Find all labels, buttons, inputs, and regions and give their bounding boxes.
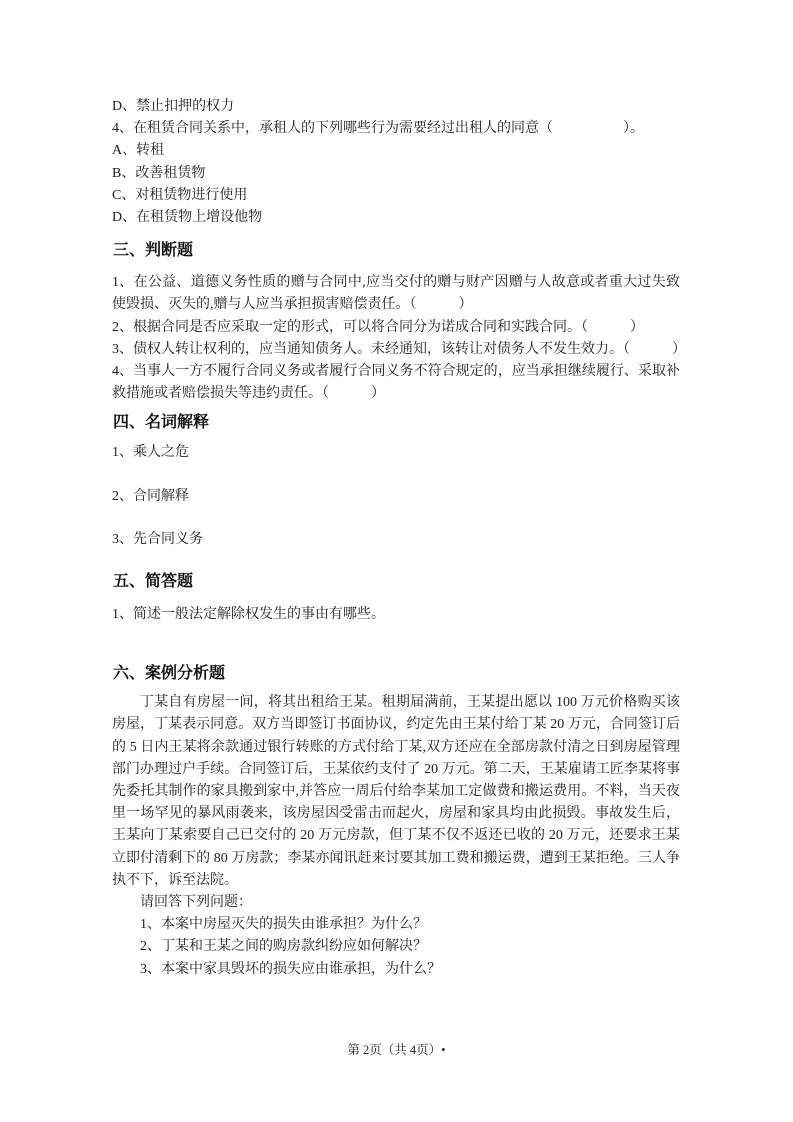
case-paragraph: 丁某自有房屋一间，将其出租给王某。租期届满前，王某提出愿以 100 万元价格购买…: [112, 692, 680, 892]
choice-option-a: A、转租: [112, 140, 680, 162]
page-content: D、禁止扣押的权力 4、在租赁合同关系中，承租人的下列哪些行为需要经过出租人的同…: [112, 96, 680, 981]
mc-question-4: 4、在租赁合同关系中，承租人的下列哪些行为需要经过出租人的同意（ ）。: [112, 118, 680, 140]
exam-page: D、禁止扣押的权力 4、在租赁合同关系中，承租人的下列哪些行为需要经过出租人的同…: [0, 0, 793, 1122]
term-item-1: 1、乘人之危: [112, 442, 680, 464]
term-item-2: 2、合同解释: [112, 486, 680, 508]
term-item-3: 3、先合同义务: [112, 529, 680, 551]
case-prompt: 请回答下列问题：: [112, 892, 680, 914]
section-heading-case-analysis: 六、案例分析题: [113, 665, 680, 683]
case-question-3: 3、本案中家具毁坏的损失应由谁承担，为什么？: [112, 959, 680, 981]
judgement-item-2: 2、根据合同是否应采取一定的形式，可以将合同分为诺成合同和实践合同。（ ）: [112, 317, 680, 339]
case-question-2: 2、丁某和王某之间的购房款纠纷应如何解决？: [112, 936, 680, 958]
case-question-1: 1、本案中房屋灭失的损失由谁承担？为什么？: [112, 914, 680, 936]
choice-option-d3: D、禁止扣押的权力: [112, 96, 680, 118]
judgement-item-3: 3、债权人转让权利的，应当通知债务人。未经通知，该转让对债务人不发生效力。（ ）: [112, 339, 680, 361]
judgement-item-4: 4、当事人一方不履行合同义务或者履行合同义务不符合规定的，应当承担继续履行、采取…: [112, 361, 680, 405]
page-number-footer: 第 2页（共 4页）•: [0, 1042, 793, 1058]
section-heading-terms: 四、名词解释: [113, 414, 680, 432]
choice-option-c: C、对租赁物进行使用: [112, 185, 680, 207]
section-heading-judgement: 三、判断题: [113, 242, 680, 260]
judgement-item-1: 1、在公益、道德义务性质的赠与合同中,应当交付的赠与财产因赠与人故意或者重大过失…: [112, 272, 680, 316]
short-answer-item-1: 1、简述一般法定解除权发生的事由有哪些。: [112, 604, 680, 626]
choice-option-d: D、在租赁物上增设他物: [112, 207, 680, 229]
choice-option-b: B、改善租赁物: [112, 163, 680, 185]
section-heading-short-answer: 五、简答题: [113, 573, 680, 591]
